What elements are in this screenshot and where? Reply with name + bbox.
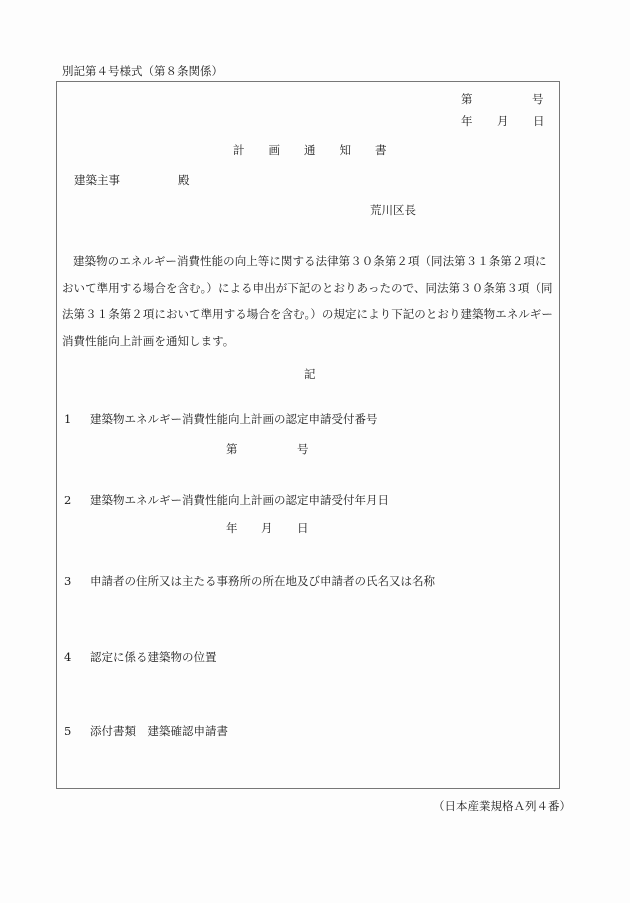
item-label: 建築物エネルギー消費性能向上計画の認定申請受付年月日 [90,493,389,507]
item-1-number-prefix: 第 [226,441,238,457]
body-text: 建築物のエネルギー消費性能の向上等に関する法律第３０条第２項（同法第３１条第２項… [62,248,556,354]
item-label: 認定に係る建築物の位置 [90,650,217,664]
item-4: 4認定に係る建築物の位置 [64,649,217,665]
item-label: 添付書類 建築確認申請書 [90,724,228,738]
item-number: 3 [64,574,90,588]
item-2: 2建築物エネルギー消費性能向上計画の認定申請受付年月日 [64,492,389,508]
item-3: 3申請者の住所又は主たる事務所の所在地及び申請者の氏名又は名称 [64,573,435,589]
paper-size-note: （日本産業規格Ａ列４番） [433,798,571,814]
issuer: 荒川区長 [370,202,416,218]
date-year: 年 [461,113,473,129]
ki-heading: 記 [304,366,316,382]
item-number: 1 [64,412,90,426]
item-2-year: 年 [226,520,238,536]
notice-number-suffix: 号 [532,91,544,107]
date-day: 日 [533,113,545,129]
item-2-day: 日 [297,520,309,536]
item-1: 1建築物エネルギー消費性能向上計画の認定申請受付番号 [64,411,378,427]
item-number: 5 [64,724,90,738]
addressee-role: 建築主事 [74,172,120,188]
notice-number-prefix: 第 [461,91,473,107]
item-label: 建築物エネルギー消費性能向上計画の認定申請受付番号 [90,412,378,426]
item-number: 2 [64,493,90,507]
date-month: 月 [497,113,509,129]
item-label: 申請者の住所又は主たる事務所の所在地及び申請者の氏名又は名称 [90,574,435,588]
item-1-number-suffix: 号 [297,441,309,457]
document-title: 計画通知書 [233,142,387,158]
item-2-month: 月 [261,520,273,536]
form-label: 別記第４号様式（第８条関係） [62,63,223,79]
item-number: 4 [64,650,90,664]
addressee-honorific: 殿 [178,172,190,188]
item-5: 5添付書類 建築確認申請書 [64,723,228,739]
form-frame [56,81,560,789]
